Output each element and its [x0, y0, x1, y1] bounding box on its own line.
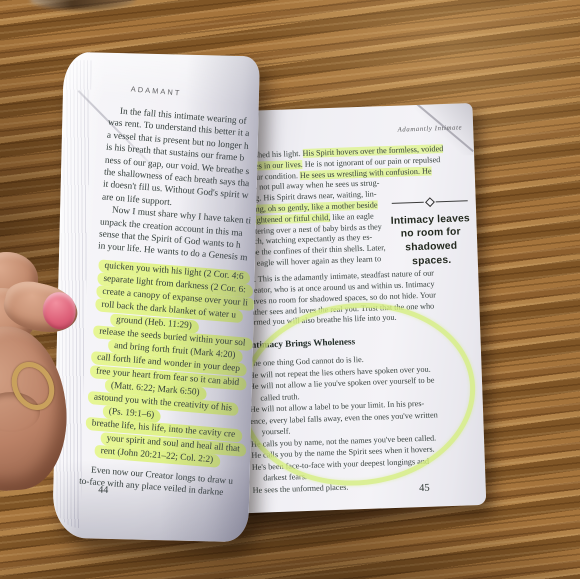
running-head-left: ADAMANT: [130, 84, 259, 104]
pink-thumbnail: [41, 291, 77, 331]
page-number-right: 45: [419, 483, 430, 494]
two-column-block: does not pull away when he sees us strug…: [242, 176, 473, 275]
paragraph: In the fall this intimate wearing ofwas …: [101, 105, 259, 217]
glass-object-edge: [30, 0, 135, 10]
pull-quote-line: spaces.: [412, 254, 452, 269]
photo-open-book-on-wood-table: Adamantly Intimate and shed his light. H…: [0, 0, 580, 579]
hand-holding-book: [0, 242, 136, 502]
book-page-right: Adamantly Intimate and shed his light. H…: [229, 103, 486, 513]
paragraph-narrow-column: does not pull away when he sees us strug…: [242, 178, 391, 274]
diamond-divider-icon: [392, 198, 468, 207]
pull-quote: Intimacy leaves no room for shadowed spa…: [388, 176, 473, 270]
running-head-right: Adamantly Intimate: [240, 123, 462, 140]
